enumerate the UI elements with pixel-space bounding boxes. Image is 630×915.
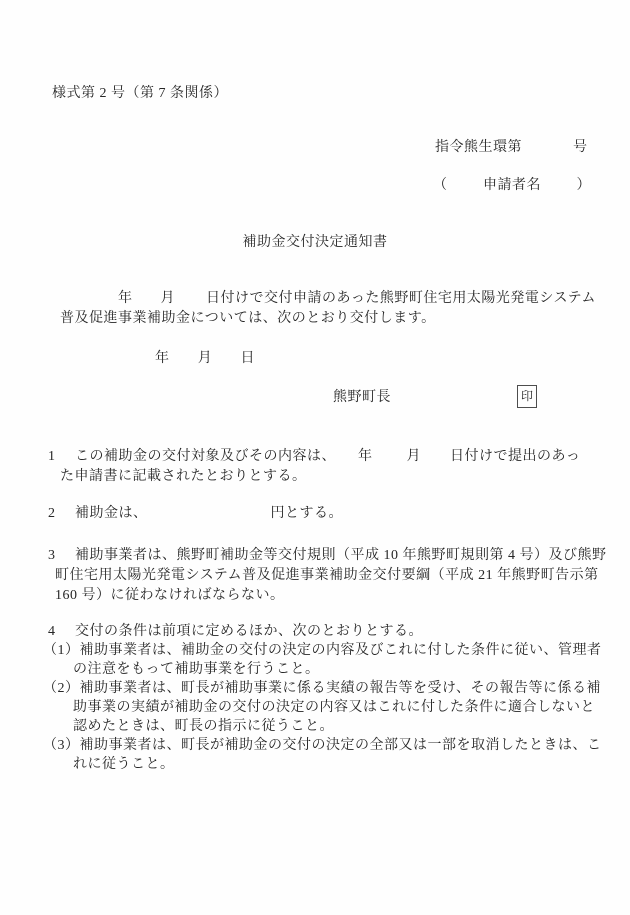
seal-mark: 印 — [517, 385, 537, 408]
subitem-1-line-1: （1）補助事業者は、補助金の交付の決定の内容及びこれに付した条件に従い、管理者 — [43, 641, 602, 661]
reference-number-blank — [522, 150, 573, 151]
intro-year-label: 年 — [118, 291, 133, 306]
subitem-1-line-2: の注意をもって補助事業を行うこと。 — [73, 660, 320, 680]
document-page: 様式第 2 号（第 7 条関係） 指令熊生環第号 （申請者名） 補助金交付決定通… — [0, 0, 630, 915]
item-4-line: 4交付の条件は前項に定めるほか、次のとおりとする。 — [48, 622, 423, 642]
item-1-number: 1 — [48, 447, 75, 467]
item-1-year-label: 年 — [358, 449, 373, 464]
reference-prefix: 指令熊生環第 — [435, 140, 522, 155]
reference-suffix: 号 — [573, 140, 588, 155]
item-2-line: 2補助金は、円とする。 — [48, 504, 343, 524]
issue-date-line: 年月日 — [155, 349, 255, 369]
applicant-open-paren: （ — [433, 176, 448, 196]
item-3-text-1: 補助事業者は、熊野町補助金等交付規則（平成 10 年熊野町規則第 4 号）及び熊… — [75, 548, 607, 563]
applicant-name-line: （申請者名） — [433, 176, 591, 196]
subitem-2-line-3: 認めたときは、町長の指示に従うこと。 — [73, 717, 334, 737]
subitem-2-line-2: 助事業の実績が補助金の交付の決定の内容又はこれに付した条件に適合しないと — [73, 698, 595, 718]
item-4-number: 4 — [48, 622, 75, 642]
item-1-line-2: た申請書に記載されたとおりとする。 — [60, 467, 307, 487]
date-month-label: 月 — [198, 349, 213, 369]
intro-year-blank — [133, 301, 161, 302]
item-1-day-blank — [421, 459, 450, 460]
applicant-label: 申請者名 — [483, 176, 541, 196]
item-3-number: 3 — [48, 546, 75, 566]
item-3-line-1: 3補助事業者は、熊野町補助金等交付規則（平成 10 年熊野町規則第 4 号）及び… — [48, 546, 607, 566]
item-1-line-1: 1この補助金の交付対象及びその内容は、年月日付けで提出のあっ — [48, 447, 580, 467]
form-number: 様式第 2 号（第 7 条関係） — [52, 84, 228, 104]
item-1-text-b: 日付けで提出のあっ — [450, 449, 580, 464]
item-3-line-3: 160 号）に従わなければならない。 — [55, 586, 285, 606]
intro-line-2: 普及促進事業補助金については、次のとおり交付します。 — [60, 309, 436, 329]
intro-line-1: 年月日付けで交付申請のあった熊野町住宅用太陽光発電システム — [118, 289, 596, 309]
intro-line-1-text: 日付けで交付申請のあった熊野町住宅用太陽光発電システム — [206, 291, 596, 306]
reference-number-line: 指令熊生環第号 — [435, 138, 588, 158]
mayor-title: 熊野町長 — [333, 388, 391, 408]
item-1-year-blank — [336, 459, 358, 460]
document-title: 補助金交付決定通知書 — [0, 233, 630, 253]
item-2-amount-blank — [148, 516, 271, 517]
intro-month-label: 月 — [161, 291, 176, 306]
item-1-month-label: 月 — [407, 449, 422, 464]
intro-month-blank — [175, 301, 206, 302]
item-1-month-blank — [373, 459, 407, 460]
applicant-close-paren: ） — [577, 176, 592, 196]
item-1-text-a: この補助金の交付対象及びその内容は、 — [75, 449, 336, 464]
subitem-3-line-2: れに従うこと。 — [73, 755, 175, 775]
item-2-number: 2 — [48, 504, 75, 524]
item-2-suffix: 円とする。 — [271, 506, 344, 521]
item-4-text: 交付の条件は前項に定めるほか、次のとおりとする。 — [75, 624, 423, 639]
date-day-label: 日 — [241, 349, 256, 369]
subitem-3-line-1: （3）補助事業者は、町長が補助金の交付の決定の全部又は一部を取消したときは、こ — [43, 736, 602, 756]
item-2-label: 補助金は、 — [75, 506, 148, 521]
item-3-line-2: 町住宅用太陽光発電システム普及促進事業補助金交付要綱（平成 21 年熊野町告示第 — [55, 566, 599, 586]
subitem-2-line-1: （2）補助事業者は、町長が補助事業に係る実績の報告等を受け、その報告等に係る補 — [43, 679, 601, 699]
date-year-label: 年 — [155, 349, 170, 369]
